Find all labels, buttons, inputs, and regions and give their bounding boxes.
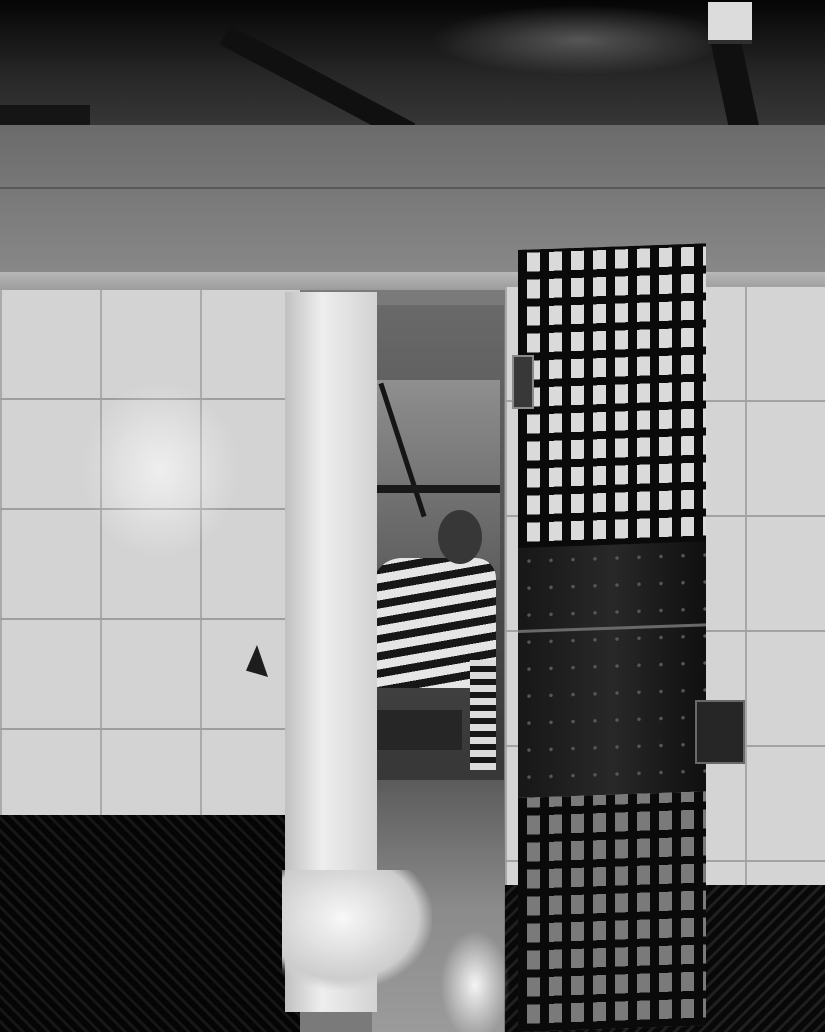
door-latch bbox=[695, 700, 745, 764]
floor-reflection bbox=[440, 930, 510, 1032]
floor-left bbox=[0, 815, 300, 1032]
cell-rail bbox=[376, 485, 500, 493]
light-fixture bbox=[708, 2, 752, 44]
left-stone-wall bbox=[0, 288, 300, 838]
ceiling-light-glow bbox=[430, 5, 730, 75]
jail-cell-photograph bbox=[0, 0, 825, 1032]
pillar-base-glare bbox=[282, 870, 432, 990]
door-lattice-lower bbox=[518, 791, 706, 1032]
door-hinge bbox=[512, 355, 534, 409]
door-lattice-upper bbox=[518, 243, 706, 550]
wall-seam bbox=[0, 187, 825, 189]
light-reflection bbox=[80, 380, 240, 560]
iron-lattice-door bbox=[518, 243, 706, 1032]
prisoner-figure bbox=[372, 510, 502, 770]
striped-legs bbox=[470, 660, 496, 770]
cell-bench bbox=[372, 710, 462, 750]
door-riveted-plate bbox=[518, 541, 706, 798]
prisoner-head bbox=[438, 510, 482, 564]
